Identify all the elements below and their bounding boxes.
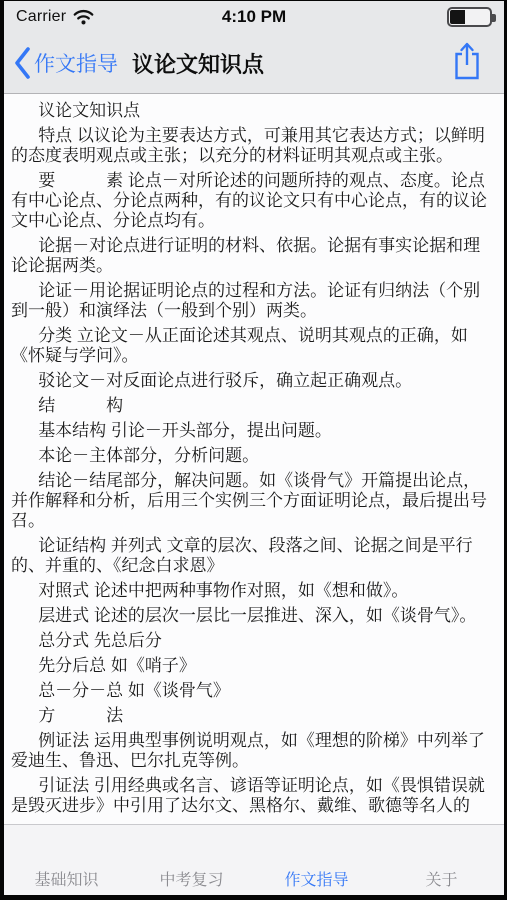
- content-paragraph: 层进式 论述的层次一层比一层推进、深入，如《谈骨气》。: [11, 606, 497, 626]
- tab-label: 中考复习: [159, 872, 223, 889]
- app-screen: Carrier 4:10 PM: [4, 1, 504, 895]
- content-area[interactable]: 议论文知识点特点 以议论为主要表达方式，可兼用其它表达方式；以鲜明的态度表明观点…: [4, 94, 504, 824]
- page-title: 议论文知识点: [132, 48, 264, 79]
- content-paragraph: 论据－对论点进行证明的材料、依据。论据有事实论据和理论论据两类。: [11, 236, 497, 276]
- tab-item-2[interactable]: 中考复习: [129, 867, 254, 895]
- tab-label: 基础知识: [34, 872, 98, 889]
- back-button[interactable]: 作文指导: [14, 46, 118, 80]
- content-paragraph: 驳论文－对反面论点进行驳斥，确立起正确观点。: [11, 371, 497, 391]
- tab-item-1[interactable]: 基础知识: [4, 867, 129, 895]
- tab-item-4[interactable]: 关于: [379, 867, 504, 895]
- tab-label: 作文指导: [284, 872, 348, 889]
- device-frame: Carrier 4:10 PM: [0, 0, 507, 900]
- status-time: 4:10 PM: [4, 7, 504, 27]
- status-bar: Carrier 4:10 PM: [4, 1, 504, 33]
- content-paragraph: 总－分－总 如《谈骨气》: [11, 681, 497, 701]
- content-paragraph: 引证法 引用经典或名言、谚语等证明论点，如《畏惧错误就是毁灭进步》中引用了达尔文…: [11, 776, 497, 816]
- back-button-label: 作文指导: [34, 48, 118, 78]
- share-button[interactable]: [452, 41, 482, 86]
- content-paragraph: 特点 以议论为主要表达方式，可兼用其它表达方式；以鲜明的态度表明观点或主张；以充…: [11, 126, 497, 166]
- content-paragraph: 要 素 论点－对所论述的问题所持的观点、态度。论点有中心论点、分论点两种，有的议…: [11, 171, 497, 231]
- content-paragraph: 论证－用论据证明论点的过程和方法。论证有归纳法（个别到一般）和演绎法（一般到个别…: [11, 281, 497, 321]
- tab-item-3[interactable]: 作文指导: [254, 867, 379, 895]
- content-paragraph: 先分后总 如《哨子》: [11, 656, 497, 676]
- battery-fill: [450, 10, 465, 24]
- nav-bar: 作文指导 议论文知识点: [4, 33, 504, 94]
- content-paragraph: 结 构: [11, 396, 497, 416]
- content-paragraph: 总分式 先总后分: [11, 631, 497, 651]
- content-paragraph: 基本结构 引论－开头部分，提出问题。: [11, 421, 497, 441]
- back-chevron-icon: [14, 46, 30, 80]
- content-paragraph: 对照式 论述中把两种事物作对照，如《想和做》。: [11, 581, 497, 601]
- content-paragraph: 结论－结尾部分，解决问题。如《谈骨气》开篇提出论点，并作解释和分析，后用三个实例…: [11, 471, 497, 531]
- content-paragraph: 方 法: [11, 706, 497, 726]
- tab-label: 关于: [425, 872, 457, 889]
- content-paragraph: 议论文知识点: [11, 101, 497, 121]
- content-paragraph: 例证法 运用典型事例说明观点，如《理想的阶梯》中列举了爱迪生、鲁迅、巴尔扎克等例…: [11, 731, 497, 771]
- content-paragraph: 本论－主体部分，分析问题。: [11, 446, 497, 466]
- share-icon: [452, 41, 482, 86]
- content-paragraph: 分类 立论文－从正面论述其观点、说明其观点的正确，如《怀疑与学问》。: [11, 326, 497, 366]
- battery-icon: [447, 7, 492, 27]
- tab-bar: 基础知识 中考复习 作文指导 关于: [4, 824, 504, 895]
- content-paragraph: 论证结构 并列式 文章的层次、段落之间、论据之间是平行的、并重的、《纪念白求恩》: [11, 536, 497, 576]
- battery-nub: [492, 14, 496, 22]
